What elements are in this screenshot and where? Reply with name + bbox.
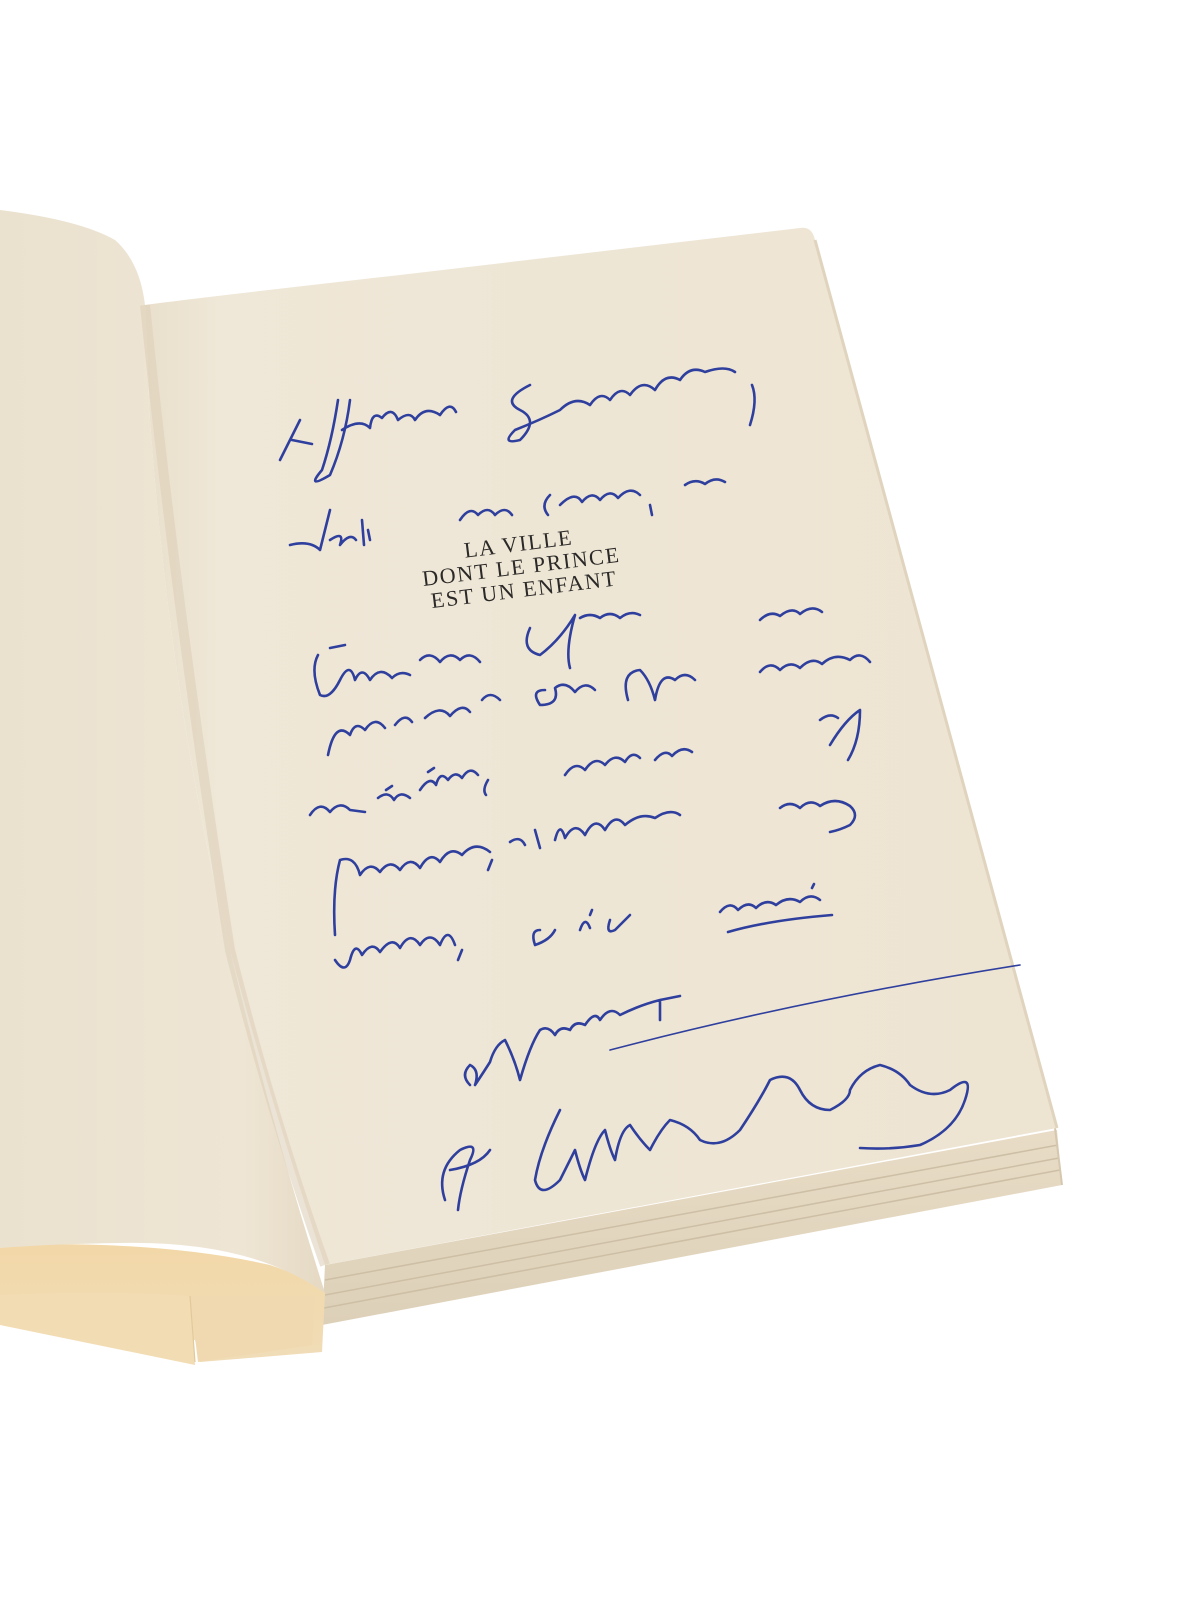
book-illustration (0, 0, 1200, 1600)
book-photo: LA VILLE DONT LE PRINCE EST UN ENFANT A … (0, 0, 1200, 1600)
right-page (145, 228, 1057, 1265)
